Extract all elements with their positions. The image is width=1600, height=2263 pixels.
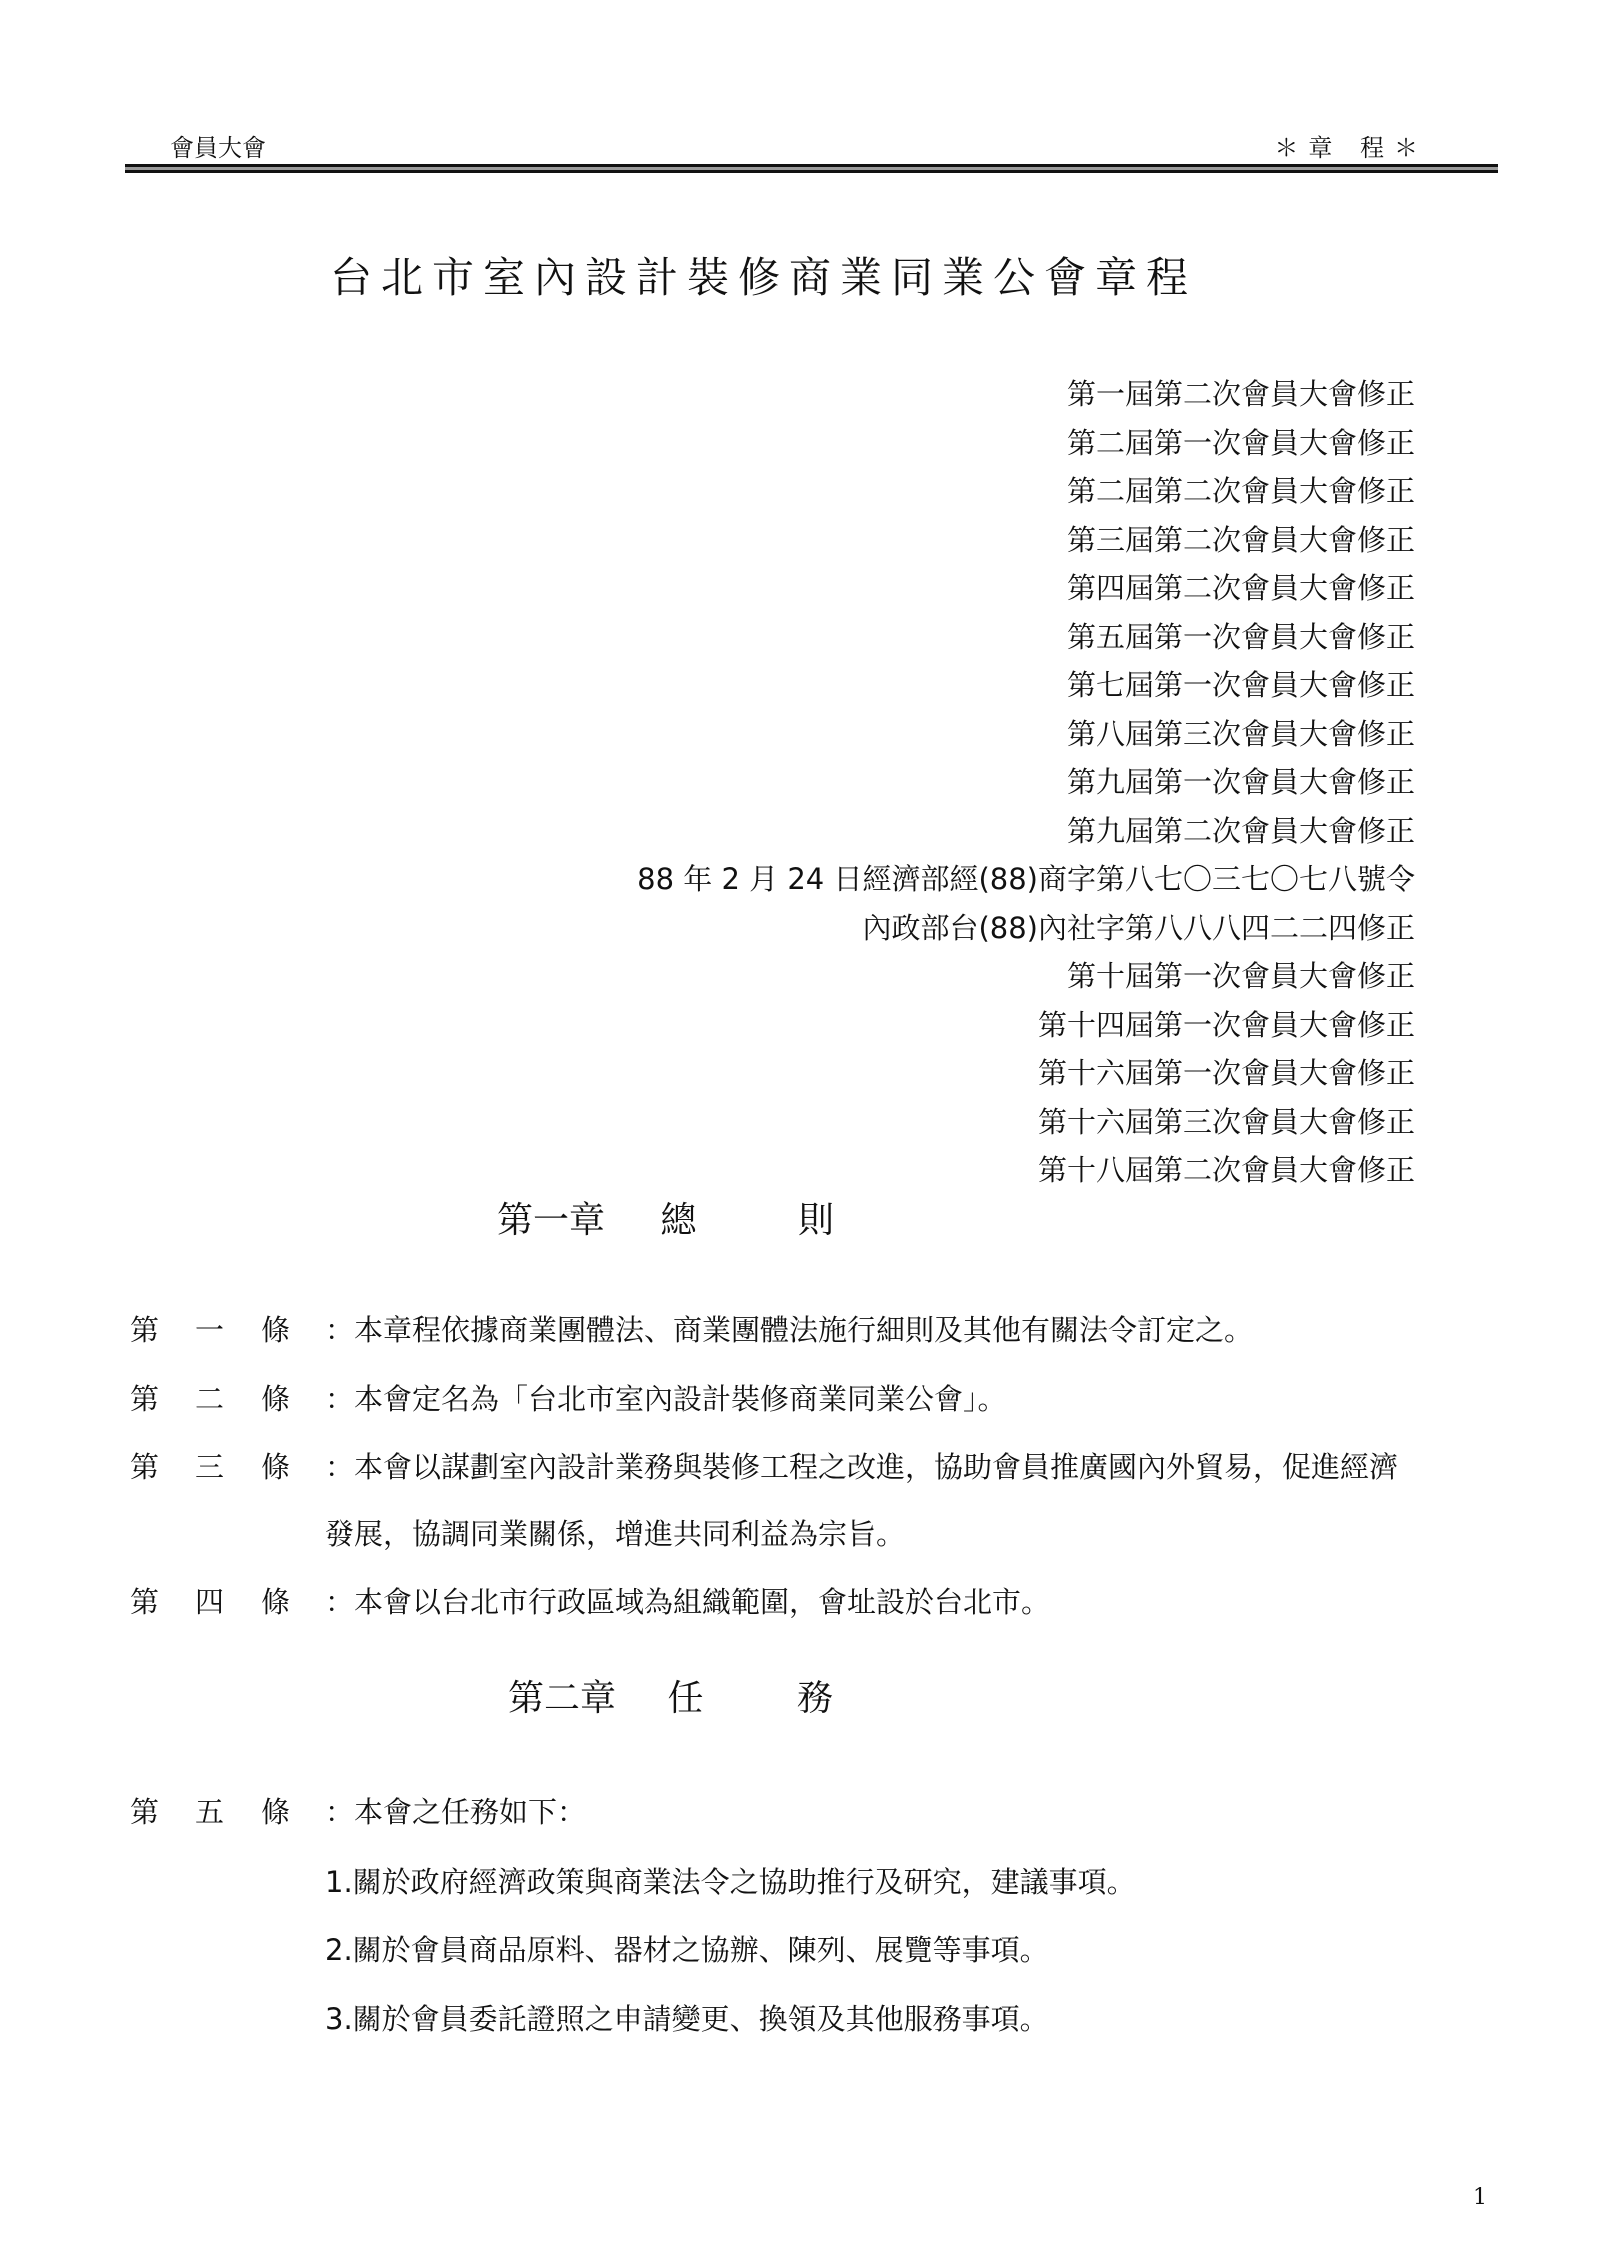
revision-line: 第九屆第一次會員大會修正 [637,758,1415,807]
revision-line: 第四屆第二次會員大會修正 [637,564,1415,613]
article-label: 第四條 [130,1580,325,1621]
chapter-title-char: 任 [667,1670,703,1721]
revision-line: 內政部台(88)內社字第八八八四二二四修正 [637,904,1415,953]
header-double-rule [125,164,1498,173]
article-text: ：本會以謀劃室內設計業務與裝修工程之改進，協助會員推廣國內外貿易，促進經濟 [325,1450,1398,1484]
article-text: ：本章程依據商業團體法、商業團體法施行細則及其他有關法令訂定之。 [325,1313,1253,1347]
article-text: ：本會以台北市行政區域為組織範圍，會址設於台北市。 [325,1585,1050,1619]
header-right-label: ＊章 程＊ [1274,128,1428,163]
article-label: 第五條 [130,1790,325,1831]
chapter-title-char: 則 [798,1192,834,1243]
chapter-number: 第一章 [497,1192,605,1243]
revision-line: 第三屆第二次會員大會修正 [637,516,1415,565]
chapter-1-heading: 第一章 總 則 [497,1192,834,1243]
document-title: 台北市室內設計裝修商業同業公會章程 [330,245,1290,305]
article-label: 第三條 [130,1445,325,1486]
article-text: ：本會之任務如下： [325,1795,586,1829]
article-1: 第一條 ：本章程依據商業團體法、商業團體法施行細則及其他有關法令訂定之。 [130,1308,1253,1349]
article-5: 第五條 ：本會之任務如下： [130,1790,586,1831]
chapter-title-char: 總 [660,1192,696,1243]
revision-line: 第十屆第一次會員大會修正 [637,952,1415,1001]
chapter-2-heading: 第二章 任 務 [508,1670,833,1721]
revision-line: 88 年 2 月 24 日經濟部經(88)商字第八七〇三七〇七八號令 [637,855,1415,904]
task-item-3: 3.關於會員委託證照之申請變更、換領及其他服務事項。 [325,1997,1049,2038]
revision-line: 第七屆第一次會員大會修正 [637,661,1415,710]
page-header: 會員大會 ＊章 程＊ [125,128,1498,158]
revision-line: 第十四屆第一次會員大會修正 [637,1001,1415,1050]
page-number: 1 [1473,2185,1487,2210]
article-4: 第四條 ：本會以台北市行政區域為組織範圍，會址設於台北市。 [130,1580,1050,1621]
revision-line: 第一屆第二次會員大會修正 [637,370,1415,419]
article-2: 第二條 ：本會定名為「台北市室內設計裝修商業同業公會」。 [130,1377,1007,1418]
task-item-2: 2.關於會員商品原料、器材之協辦、陳列、展覽等事項。 [325,1928,1049,1969]
article-label: 第一條 [130,1308,325,1349]
revision-line: 第十六屆第一次會員大會修正 [637,1049,1415,1098]
revision-line: 第九屆第二次會員大會修正 [637,807,1415,856]
header-left-label: 會員大會 [170,128,266,163]
task-item-1: 1.關於政府經濟政策與商業法令之協助推行及研究，建議事項。 [325,1860,1136,1901]
revision-line: 第二屆第二次會員大會修正 [637,467,1415,516]
article-label: 第二條 [130,1377,325,1418]
revision-line: 第五屆第一次會員大會修正 [637,613,1415,662]
article-text: ：本會定名為「台北市室內設計裝修商業同業公會」。 [325,1382,1007,1416]
article-3: 第三條 ：本會以謀劃室內設計業務與裝修工程之改進，協助會員推廣國內外貿易，促進經… [130,1445,1398,1486]
revision-line: 第十六屆第三次會員大會修正 [637,1098,1415,1147]
article-3-continuation: 發展，協調同業關係，增進共同利益為宗旨。 [325,1512,905,1553]
revision-line: 第二屆第一次會員大會修正 [637,419,1415,468]
revision-line: 第八屆第三次會員大會修正 [637,710,1415,759]
revision-history: 第一屆第二次會員大會修正 第二屆第一次會員大會修正 第二屆第二次會員大會修正 第… [637,370,1415,1195]
revision-line: 第十八屆第二次會員大會修正 [637,1146,1415,1195]
chapter-title-char: 務 [797,1670,833,1721]
chapter-number: 第二章 [508,1670,616,1721]
